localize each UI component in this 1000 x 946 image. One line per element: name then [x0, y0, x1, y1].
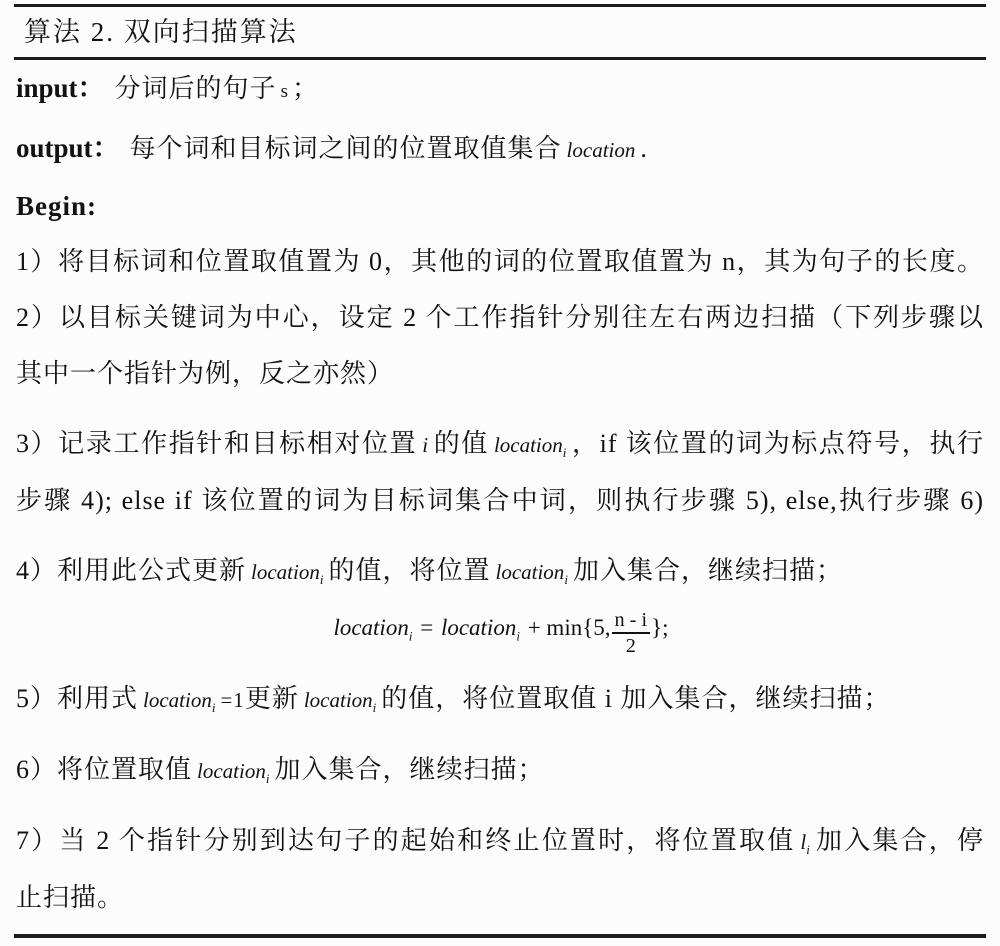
output-variable: location	[567, 138, 636, 162]
step-2-paragraph: 2）以目标关键词为中心，设定 2 个工作指针分别往左右两边扫描（下列步骤以 其中…	[16, 290, 984, 402]
input-punctuation: ；	[292, 74, 319, 103]
step-7-text-pre: 7）当 2 个指针分别到达句子的起始和终止位置时，将位置取值	[16, 826, 795, 855]
input-text: 分词后的句子	[115, 74, 277, 103]
begin-label: Begin:	[16, 178, 984, 234]
update-formula: locationi = locationi + min{5,n - i2};	[16, 600, 984, 657]
step-4-line: 4）利用此公式更新locationi的值，将位置locationi加入集合，继续…	[16, 543, 984, 600]
step-2-line-2: 其中一个指针为例，反之亦然）	[16, 346, 984, 402]
formula-rhs: locationi	[441, 615, 520, 640]
output-text: 每个词和目标词之间的位置取值集合	[130, 134, 562, 163]
step-3-paragraph: 3）记录工作指针和目标相对位置i的值locationi，if 该位置的词为标点符…	[16, 416, 984, 529]
bottom-rule	[14, 934, 986, 938]
algorithm-title: 算法 2. 双向扫描算法	[16, 7, 984, 57]
input-variable: s	[281, 81, 288, 102]
step-7-l-variable: li	[800, 830, 809, 854]
formula-equals: =	[420, 615, 433, 640]
step-6-text-post: 加入集合，继续扫描；	[274, 755, 544, 784]
step-5-line: 5）利用式locationi=1更新locationi的值，将位置取值 i 加入…	[16, 671, 984, 728]
step-6-text-pre: 6）将位置取值	[16, 755, 192, 784]
output-punctuation: .	[640, 134, 648, 163]
step-5-text-mid: 更新	[245, 684, 299, 713]
step-4-text-mid: 的值，将位置	[328, 556, 490, 585]
step-5-equation: =1	[220, 688, 244, 712]
step-5-location-variable-1: locationi	[143, 688, 215, 712]
step-4-location-variable-2: locationi	[495, 560, 567, 584]
step-3-line-2: 步骤 4); else if 该位置的词为目标词集合中词，则执行步骤 5), e…	[16, 473, 984, 529]
step-1-line: 1）将目标词和位置取值置为 0，其他的词的位置取值置为 n，其为句子的长度。	[16, 234, 984, 290]
algorithm-document-page: 算法 2. 双向扫描算法 input：分词后的句子s； output：每个词和目…	[0, 0, 1000, 946]
step-4-text-post: 加入集合，继续扫描；	[573, 556, 843, 585]
output-label: output：	[16, 133, 120, 163]
step-5-location-variable-2: locationi	[304, 688, 376, 712]
step-5-text-post: 的值，将位置取值 i 加入集合，继续扫描；	[381, 684, 890, 713]
step-3-variable-i: i	[422, 433, 428, 457]
step-7-paragraph: 7）当 2 个指针分别到达句子的起始和终止位置时，将位置取值li加入集合，停 止…	[16, 813, 984, 926]
step-7-line-2: 止扫描。	[16, 870, 984, 926]
formula-operator: + min{5,	[528, 615, 611, 640]
fraction-denominator: 2	[612, 634, 651, 657]
step-7-line-1: 7）当 2 个指针分别到达句子的起始和终止位置时，将位置取值li加入集合，停	[16, 813, 984, 870]
step-3-text-post: ，if 该位置的词为标点符号，执行	[571, 429, 984, 458]
output-line: output：每个词和目标词之间的位置取值集合location.	[16, 120, 984, 178]
step-6-location-variable: locationi	[197, 759, 269, 783]
fraction-numerator: n - i	[612, 609, 651, 634]
step-3-text-pre: 3）记录工作指针和目标相对位置	[16, 429, 417, 458]
step-3-text-mid: 的值	[433, 429, 489, 458]
step-3-line-1: 3）记录工作指针和目标相对位置i的值locationi，if 该位置的词为标点符…	[16, 416, 984, 473]
formula-fraction: n - i2	[612, 609, 651, 658]
step-6-line: 6）将位置取值locationi加入集合，继续扫描；	[16, 742, 984, 799]
step-2-line-1: 2）以目标关键词为中心，设定 2 个工作指针分别往左右两边扫描（下列步骤以	[16, 290, 984, 346]
input-line: input：分词后的句子s；	[16, 60, 984, 120]
step-4-text-pre: 4）利用此公式更新	[16, 556, 246, 585]
step-3-location-variable: locationi	[494, 433, 566, 457]
formula-closing: };	[651, 615, 668, 640]
step-4-location-variable-1: locationi	[251, 560, 323, 584]
formula-lhs: locationi	[333, 615, 412, 640]
input-label: input：	[16, 73, 105, 103]
step-7-text-post: 加入集合，停	[815, 826, 984, 855]
step-5-text-pre: 5）利用式	[16, 684, 138, 713]
